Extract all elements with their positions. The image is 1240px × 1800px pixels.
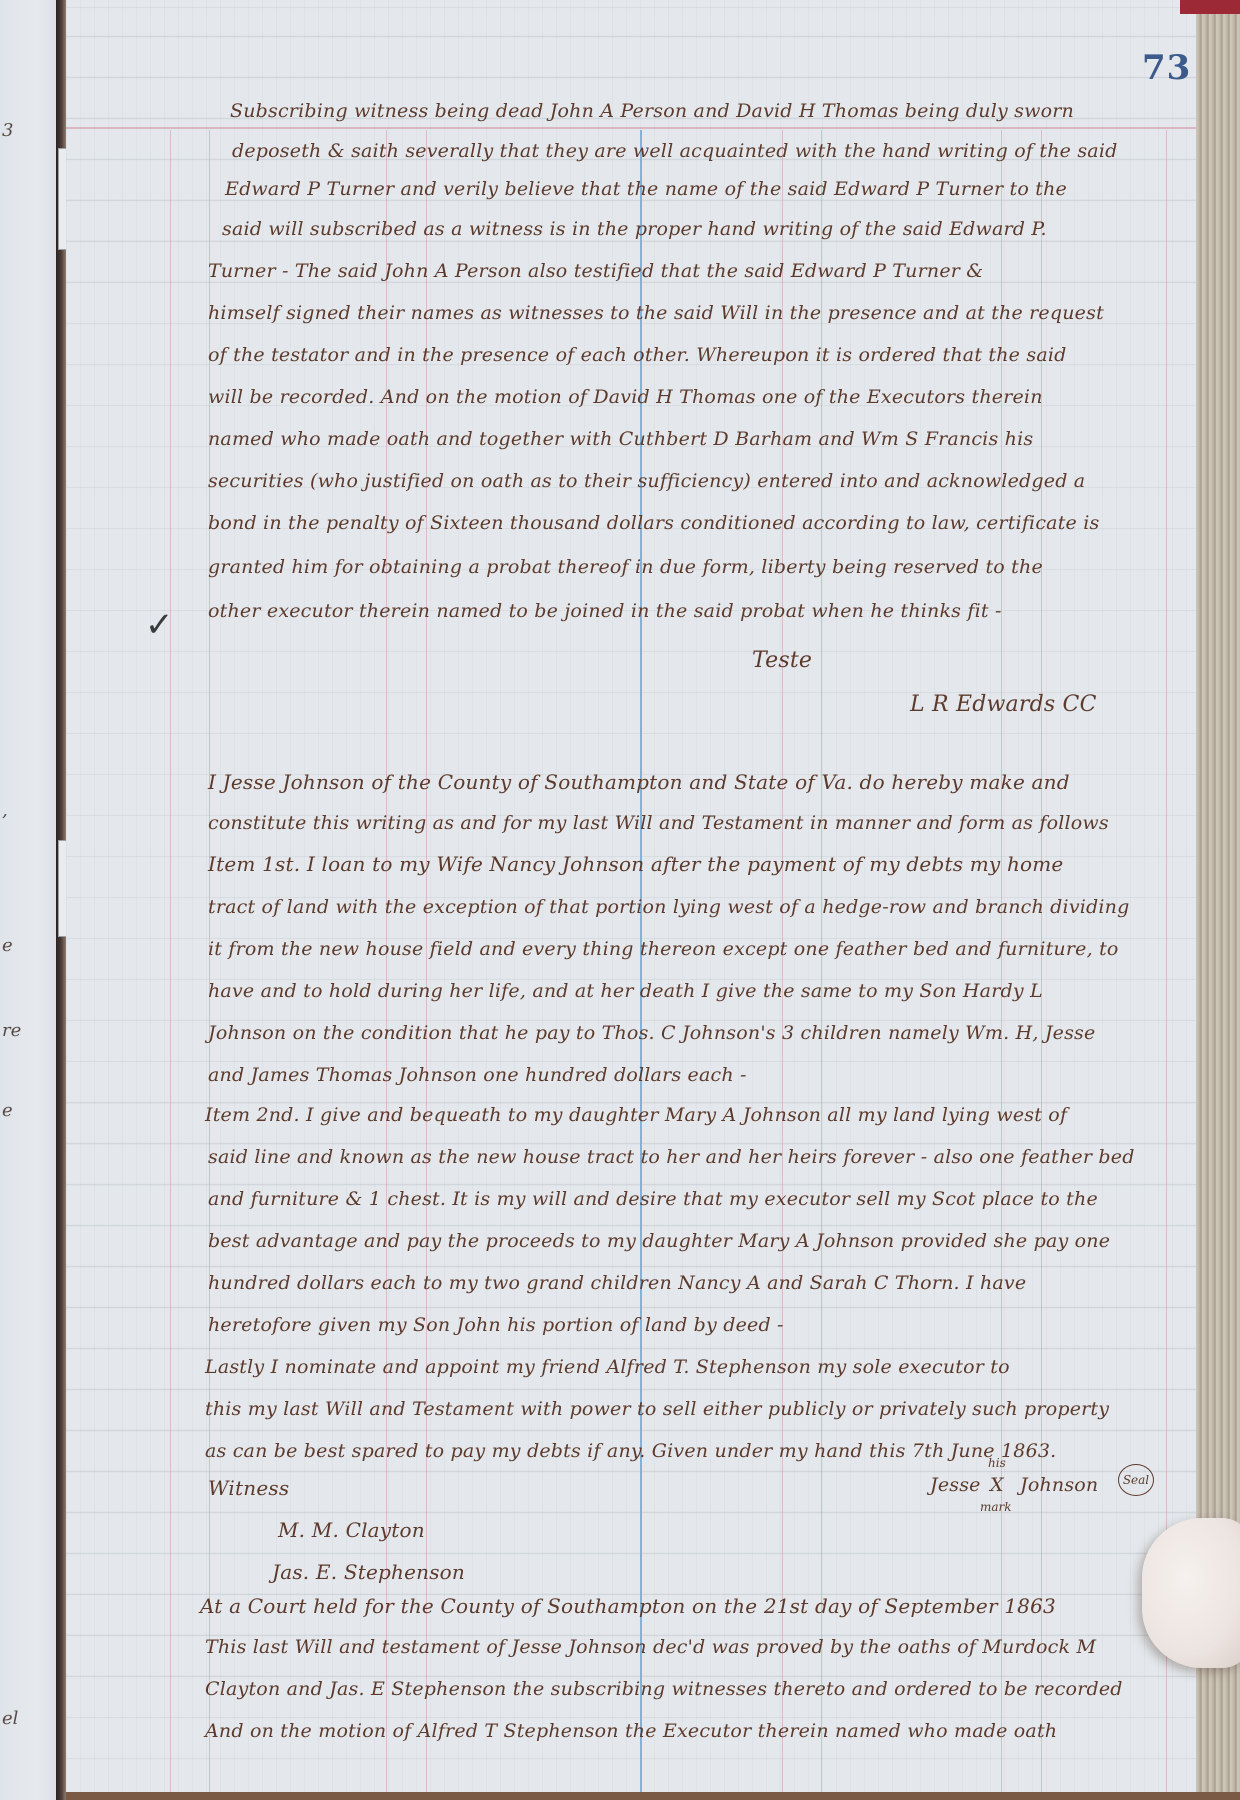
text-line: Turner - The said John A Person also tes… [208, 260, 983, 282]
margin-rule [170, 130, 171, 1792]
text-line: and furniture & 1 chest. It is my will a… [208, 1188, 1098, 1210]
mark-label: mark [980, 1500, 1012, 1514]
column-rule [1041, 130, 1042, 1792]
text-line: it from the new house field and every th… [208, 938, 1119, 960]
text-line: of the testator and in the presence of e… [208, 344, 1066, 366]
left-facing-page: 3 , e re e el [0, 0, 62, 1800]
text-line: Item 2nd. I give and bequeath to my daug… [205, 1104, 1067, 1126]
text-line: bond in the penalty of Sixteen thousand … [208, 512, 1099, 534]
text-line: as can be best spared to pay my debts if… [205, 1440, 1056, 1462]
signature-last-name: Johnson [1020, 1474, 1098, 1496]
seal-icon: Seal [1118, 1464, 1154, 1496]
column-rule [1001, 130, 1002, 1792]
text-line: I Jesse Johnson of the County of Southam… [208, 770, 1070, 794]
margin-rule [209, 130, 210, 1792]
text-line: constitute this writing as and for my la… [208, 812, 1109, 834]
text-line: deposeth & saith severally that they are… [232, 140, 1117, 162]
text-line: hundred dollars each to my two grand chi… [208, 1272, 1026, 1294]
left-page-fragment: e [2, 1100, 13, 1121]
signature-first-name: Jesse [930, 1474, 981, 1496]
left-page-fragment: , [2, 800, 8, 821]
witness-label: Witness [208, 1476, 289, 1500]
clerk-signature: L R Edwards CC [910, 692, 1097, 717]
text-line: Clayton and Jas. E Stephenson the subscr… [205, 1678, 1123, 1700]
column-rule [821, 130, 822, 1792]
left-page-fragment: 3 [2, 120, 13, 141]
signature-mark: X [990, 1474, 1004, 1496]
text-line: granted him for obtaining a probat there… [208, 556, 1043, 578]
text-line: heretofore given my Son John his portion… [208, 1314, 784, 1336]
book-bottom-edge [66, 1792, 1240, 1800]
left-page-fragment: re [2, 1020, 21, 1041]
column-rule [426, 130, 427, 1792]
text-line: and James Thomas Johnson one hundred dol… [208, 1064, 747, 1086]
text-line: Item 1st. I loan to my Wife Nancy Johnso… [208, 852, 1063, 876]
text-line: have and to hold during her life, and at… [208, 980, 1043, 1002]
text-line: said line and known as the new house tra… [208, 1146, 1135, 1168]
text-line: will be recorded. And on the motion of D… [208, 386, 1043, 408]
witness-name: Jas. E. Stephenson [272, 1560, 465, 1584]
text-line: This last Will and testament of Jesse Jo… [205, 1636, 1096, 1658]
text-line: said will subscribed as a witness is in … [222, 218, 1047, 240]
checkmark-icon: ✓ [145, 605, 174, 645]
his-label: his [988, 1456, 1006, 1470]
center-blue-rule [640, 130, 642, 1792]
text-line: this my last Will and Testament with pow… [205, 1398, 1109, 1420]
text-line: himself signed their names as witnesses … [208, 302, 1104, 324]
text-line: Subscribing witness being dead John A Pe… [230, 100, 1074, 122]
text-line: named who made oath and together with Cu… [208, 428, 1033, 450]
text-line: best advantage and pay the proceeds to m… [208, 1230, 1110, 1252]
column-rule [386, 130, 387, 1792]
red-binding [1180, 0, 1240, 14]
teste-label: Teste [752, 648, 812, 673]
text-line: Lastly I nominate and appoint my friend … [205, 1356, 1010, 1378]
text-line: Johnson on the condition that he pay to … [208, 1022, 1095, 1044]
text-line: At a Court held for the County of Southa… [200, 1594, 1056, 1618]
witness-name: M. M. Clayton [278, 1518, 425, 1542]
column-rule [782, 130, 783, 1792]
holding-thumb [1142, 1518, 1240, 1668]
text-line: other executor therein named to be joine… [208, 600, 1002, 622]
text-line: Edward P Turner and verily believe that … [225, 178, 1067, 200]
left-page-fragment: el [2, 1708, 18, 1729]
page-number: 73 [1142, 48, 1191, 88]
text-line: tract of land with the exception of that… [208, 896, 1129, 918]
header-rule [66, 127, 1196, 129]
text-line: And on the motion of Alfred T Stephenson… [205, 1720, 1057, 1742]
left-page-fragment: e [2, 935, 13, 956]
text-line: securities (who justified on oath as to … [208, 470, 1085, 492]
